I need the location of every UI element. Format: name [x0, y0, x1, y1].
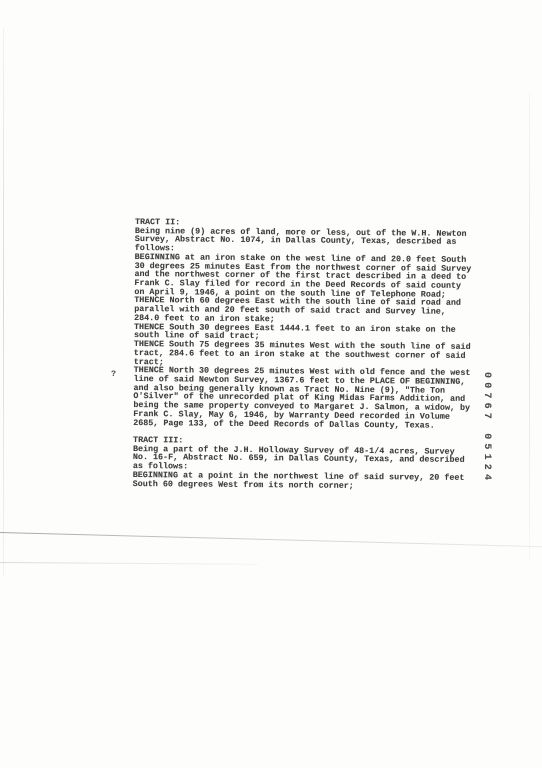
film-code-stamp: 00767 05124	[481, 372, 492, 498]
scan-crease-line	[0, 532, 542, 547]
scan-edge-line-left	[3, 28, 4, 576]
tract-2-description: Being nine (9) acres of land, more or le…	[133, 227, 480, 431]
deed-text-block: TRACT II: Being nine (9) acres of land, …	[133, 218, 480, 491]
scanned-document-page: ? 00767 05124 TRACT II: Being nine (9) a…	[0, 0, 542, 768]
margin-annotation: ?	[111, 369, 116, 379]
tract-2-section: TRACT II: Being nine (9) acres of land, …	[133, 218, 480, 430]
scan-edge-line-right	[529, 92, 530, 560]
tract-3-description: Being a part of the J.H. Holloway Survey…	[133, 445, 478, 492]
tract-3-section: TRACT III: Being a part of the J.H. Holl…	[133, 436, 478, 491]
scan-crease-line-short	[0, 562, 258, 565]
